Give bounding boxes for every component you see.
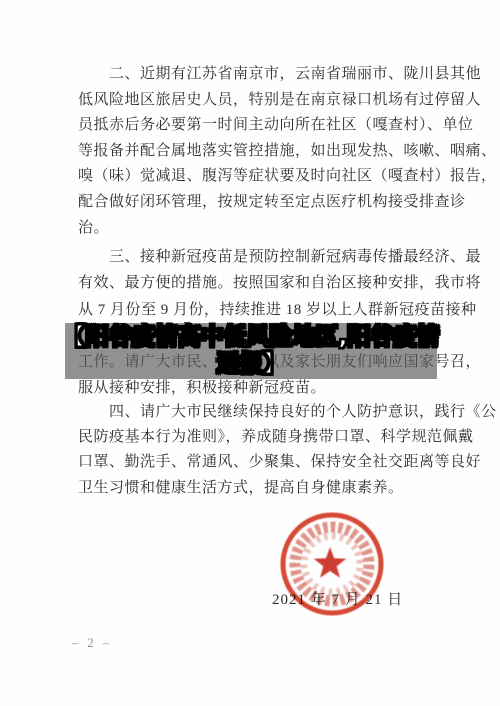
paragraph-4: 四、请广大市民继续保持良好的个人防护意识，践行《公 民防疫基本行为准则》，养成随…	[78, 400, 450, 501]
scanned-document-page: 二、近期有江苏省南京市，云南省瑞丽市、陇川县其他 低风险地区旅居史人员，特别是在…	[0, 0, 500, 706]
text-line: 服从接种安排，积极接种新冠疫苗。	[78, 375, 450, 401]
star-icon	[314, 547, 346, 578]
text-line: 配合做好闭环管理，按规定转至定点医疗机构接受排查诊	[78, 190, 450, 216]
text-line: 二、近期有江苏省南京市，云南省瑞丽市、陇川县其他	[78, 62, 450, 88]
text-line: 三、接种新冠疫苗是预防控制新冠病毒传播最经济、最	[78, 244, 450, 270]
text-line: 有效、最方便的措施。按照国家和自治区接种安排，我市将	[78, 270, 450, 296]
text-line: 嗅（味）觉减退、腹泻等症状要及时向社区（嘎查村）报告，	[78, 164, 450, 190]
caption-overlay-band: 【阳谷疫情高中低风险地区,阳谷疫情 通报】	[65, 323, 437, 379]
text-line: 口罩、勤洗手、常通风、少聚集、保持安全社交距离等良好	[78, 450, 450, 475]
page-number: – 2 –	[72, 636, 112, 651]
paragraph-2: 二、近期有江苏省南京市，云南省瑞丽市、陇川县其他 低风险地区旅居史人员，特别是在…	[78, 62, 450, 241]
text-line: 等报备并配合属地落实管控措施，如出现发热、咳嗽、咽痛、	[78, 139, 450, 165]
text-line: 低风险地区旅居史人员，特别是在南京禄口机场有过停留人	[78, 88, 450, 114]
text-line: 民防疫基本行为准则》，养成随身携带口罩、科学规范佩戴	[78, 425, 450, 450]
text-line: 四、请广大市民继续保持良好的个人防护意识，践行《公	[78, 400, 450, 425]
text-line: 从 7 月份至 9 月份，持续推进 18 岁以上人群新冠疫苗接种	[78, 297, 450, 323]
text-line: 治。	[78, 216, 450, 242]
text-line: 卫生习惯和健康生活方式，提高自身健康素养。	[78, 476, 450, 501]
caption-title-line-1: 【阳谷疫情高中低风险地区,阳谷疫情	[63, 324, 440, 351]
red-seal-stamp-icon	[278, 510, 386, 618]
caption-title-line-2: 通报】	[217, 351, 286, 378]
text-line: 员抵赤后务必要第一时间主动向所在社区（嘎查村）、单位	[78, 113, 450, 139]
